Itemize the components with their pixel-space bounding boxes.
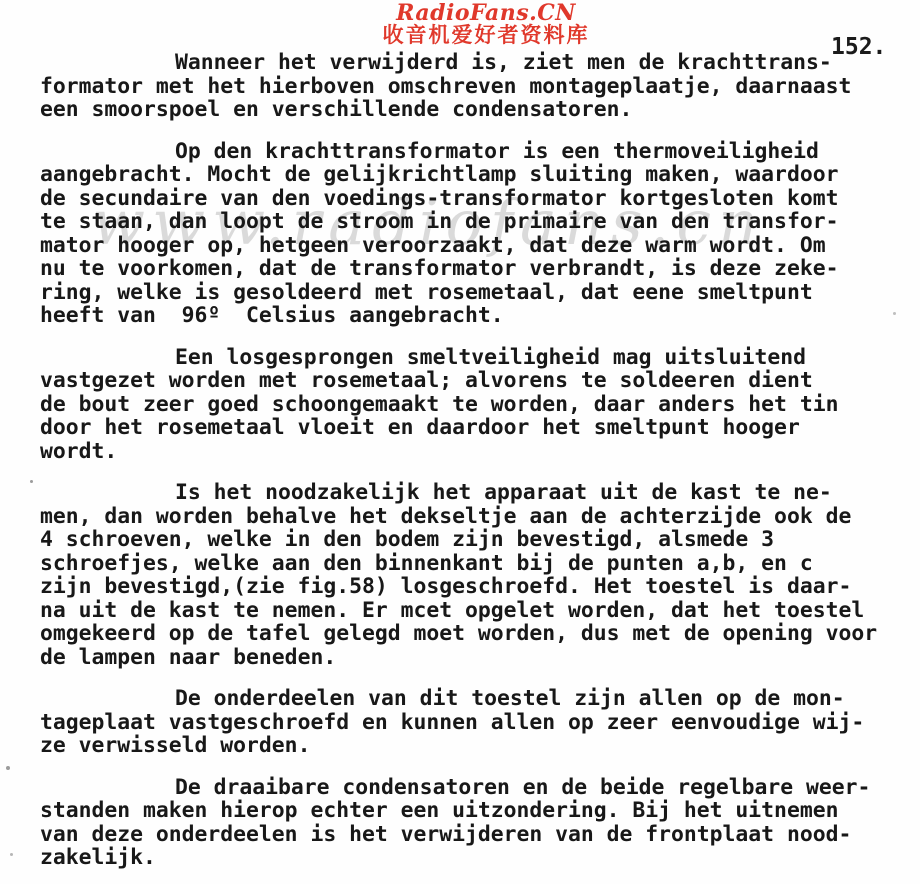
text-line: een smoorspoel en verschillende condensa… bbox=[40, 98, 906, 122]
text-line: de lampen naar beneden. bbox=[40, 646, 906, 670]
text-line: omgekeerd op de tafel gelegd moet worden… bbox=[40, 622, 906, 646]
text-line: men, dan worden behalve het dekseltje aa… bbox=[40, 505, 906, 529]
page-number: 152. bbox=[831, 34, 886, 60]
text-line: standen maken hierop echter een uitzonde… bbox=[40, 799, 906, 823]
paragraph: Een losgesprongen smeltveiligheid mag ui… bbox=[40, 346, 906, 464]
paragraph: De draaibare condensatoren en de beide r… bbox=[40, 776, 906, 870]
text-line: ring, welke is gesoldeerd met rosemetaal… bbox=[40, 281, 906, 305]
text-line: zakelijk. bbox=[40, 846, 906, 870]
text-line: de bout zeer goed schoongemaakt te worde… bbox=[40, 393, 906, 417]
text-line: 4 schroeven, welke in den bodem zijn bev… bbox=[40, 528, 906, 552]
text-line: Een losgesprongen smeltveiligheid mag ui… bbox=[40, 346, 906, 370]
text-line: de secundaire van den voedings-transform… bbox=[40, 187, 906, 211]
text-line: Wanneer het verwijderd is, ziet men de k… bbox=[40, 51, 906, 75]
text-line: door het rosemetaal vloeit en daardoor h… bbox=[40, 416, 906, 440]
text-line: tageplaat vastgeschroefd en kunnen allen… bbox=[40, 711, 906, 735]
text-line: vastgezet worden met rosemetaal; alvoren… bbox=[40, 369, 906, 393]
paragraph: Is het noodzakelijk het apparaat uit de … bbox=[40, 481, 906, 669]
text-line: ze verwisseld worden. bbox=[40, 734, 906, 758]
paragraph: Wanneer het verwijderd is, ziet men de k… bbox=[40, 51, 906, 122]
text-line: van deze onderdeelen is het verwijderen … bbox=[40, 823, 906, 847]
scan-speck bbox=[30, 480, 33, 483]
text-line: na uit de kast te nemen. Er mcet opgelet… bbox=[40, 599, 906, 623]
text-line: schroefjes, welke aan den binnenkant bij… bbox=[40, 552, 906, 576]
text-line: wordt. bbox=[40, 440, 906, 464]
site-stamp-title: RadioFans.CN bbox=[52, 2, 920, 24]
site-stamp-subtitle: 收音机爱好者资料库 bbox=[52, 25, 920, 46]
text-line: zijn bevestigd,(zie fig.58) losgeschroef… bbox=[40, 575, 906, 599]
scan-speck bbox=[893, 312, 896, 315]
text-line: heeft van 96º Celsius aangebracht. bbox=[40, 304, 906, 328]
paragraph: Op den krachttransformator is een thermo… bbox=[40, 140, 906, 328]
site-stamp: RadioFans.CN 收音机爱好者资料库 bbox=[0, 2, 920, 46]
text-line: Is het noodzakelijk het apparaat uit de … bbox=[40, 481, 906, 505]
text-line: De onderdeelen van dit toestel zijn alle… bbox=[40, 687, 906, 711]
text-line: Op den krachttransformator is een thermo… bbox=[40, 140, 906, 164]
text-line: aangebracht. Mocht de gelijkrichtlamp sl… bbox=[40, 163, 906, 187]
text-line: nu te voorkomen, dat de transformator ve… bbox=[40, 257, 906, 281]
scan-speck bbox=[10, 853, 13, 856]
paragraph: De onderdeelen van dit toestel zijn alle… bbox=[40, 687, 906, 758]
document-body: Wanneer het verwijderd is, ziet men de k… bbox=[40, 51, 906, 884]
text-line: De draaibare condensatoren en de beide r… bbox=[40, 776, 906, 800]
text-line: te staan, dan loopt de stroom in de prim… bbox=[40, 210, 906, 234]
text-line: mator hooger op, hetgeen veroorzaakt, da… bbox=[40, 234, 906, 258]
scanned-document-page: RadioFans.CN 收音机爱好者资料库 152. www.radiofan… bbox=[0, 0, 920, 884]
text-line: formator met het hierboven omschreven mo… bbox=[40, 75, 906, 99]
scan-speck bbox=[6, 766, 10, 770]
